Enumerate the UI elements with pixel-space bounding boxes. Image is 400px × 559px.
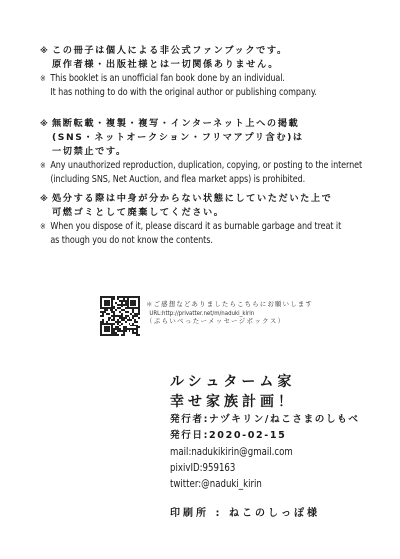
printer: 印刷所 : ねこのしっぽ様	[170, 504, 360, 519]
notice-jp-line: ※この冊子は個人による非公式ファンブックです。	[40, 44, 380, 58]
notice-no-reproduction: ※無断転載・複製・複写・インターネット上への掲載 (SNS・ネットオークション・…	[40, 117, 380, 187]
book-title-line1: ルシュターム家	[170, 372, 360, 392]
mail: mail:nadukikirin@gmail.com	[170, 444, 325, 460]
notice-en-line: It has nothing to do with the original a…	[40, 86, 332, 100]
notice-jp-line: ※無断転載・複製・複写・インターネット上への掲載	[40, 117, 380, 131]
notice-en-line: as though you do not know the contents.	[40, 234, 332, 248]
qr-code	[100, 296, 140, 336]
notice-jp-line: 可燃ゴミとして廃棄してください。	[40, 206, 380, 220]
qr-code-icon	[100, 296, 140, 336]
colophon: ルシュターム家 幸せ家族計画！ 発行者:ナヅキリン/ねこさまのしもべ 発行日:2…	[170, 372, 360, 519]
twitter-handle: twitter:@naduki_kirin	[170, 476, 325, 492]
reference-mark-icon: ※	[40, 159, 50, 173]
reference-mark-icon: ※	[40, 72, 50, 86]
publish-date: 発行日:2020-02-15	[170, 428, 360, 444]
notice-unofficial: ※この冊子は個人による非公式ファンブックです。 原作者様・出版社様とは一切関係あ…	[40, 44, 380, 100]
contact-url: URL:http://privatter.net/m/naduki_kirin	[146, 309, 288, 318]
reference-mark-icon: ※	[40, 192, 52, 206]
reference-mark-icon: ※	[40, 220, 50, 234]
book-title-line2: 幸せ家族計画！	[170, 392, 360, 412]
notice-jp-line: 一切禁止です。	[40, 145, 380, 159]
notice-en-line: (including SNS, Net Auction, and flea ma…	[40, 173, 332, 187]
contact-message: ＊ご感想などありましたらこちらにお願いします	[146, 300, 313, 309]
notice-jp-line: (SNS・ネットオークション・フリマアプリ含む)は	[40, 131, 380, 145]
notice-jp-line: ※処分する際は中身が分からない状態にしていただいた上で	[40, 192, 380, 206]
notice-en-line: ※When you dispose of it, please discard …	[40, 220, 332, 234]
reference-mark-icon: ※	[40, 117, 52, 131]
contact-info: ＊ご感想などありましたらこちらにお願いします URL:http://privat…	[146, 300, 313, 326]
reference-mark-icon: ※	[40, 44, 52, 58]
contact-note: （ぷらいべったーメッセージボックス）	[146, 317, 313, 326]
notice-en-line: ※This booklet is an unofficial fan book …	[40, 72, 332, 86]
notice-jp-line: 原作者様・出版社様とは一切関係ありません。	[40, 58, 380, 72]
pixiv-id: pixivID:959163	[170, 460, 325, 476]
publisher: 発行者:ナヅキリン/ねこさまのしもべ	[170, 412, 360, 428]
notice-en-line: ※Any unauthorized reproduction, duplicat…	[40, 159, 332, 173]
notice-disposal: ※処分する際は中身が分からない状態にしていただいた上で 可燃ゴミとして廃棄してく…	[40, 192, 380, 248]
